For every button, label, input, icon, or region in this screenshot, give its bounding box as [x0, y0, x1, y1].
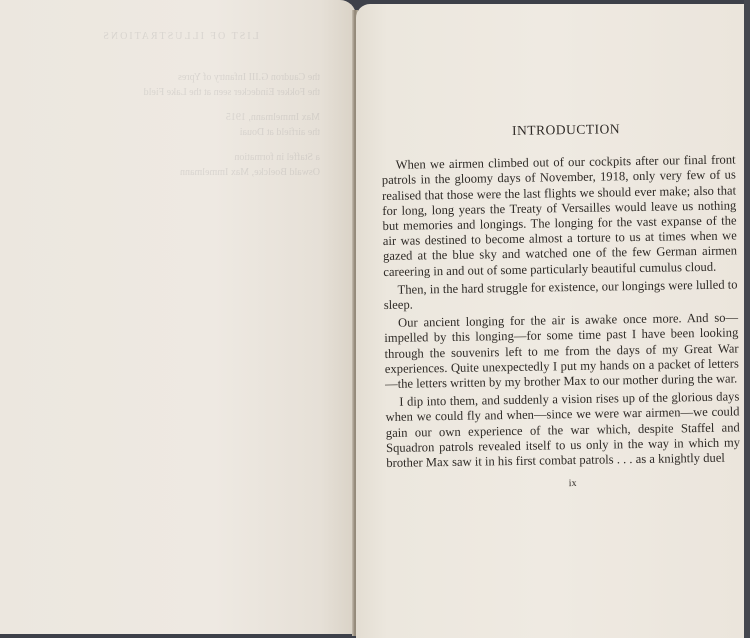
ghost-line: the Fokker Eindecker seen at the Lake Fi… [40, 86, 320, 99]
paragraph: Our ancient longing for the air is awake… [384, 311, 739, 393]
left-page: LIST OF ILLUSTRATIONS the Caudron G.III … [0, 0, 356, 634]
ghost-title: LIST OF ILLUSTRATIONS [40, 30, 320, 43]
ghost-line: a Staffel in formation [40, 151, 320, 164]
ghost-line: Oswald Boelcke, Max Immelmann [40, 166, 320, 179]
ghost-line: the airfield at Douai [40, 126, 320, 139]
introduction-text: INTRODUCTION When we airmen climbed out … [381, 119, 741, 494]
background-edge [744, 0, 750, 638]
paragraph: Then, in the hard struggle for existence… [383, 277, 737, 313]
ghost-line: Max Immelmann, 1915 [40, 111, 320, 124]
ghost-line: the Caudron G.III Infantry of Ypres [40, 71, 320, 84]
book-photo: LIST OF ILLUSTRATIONS the Caudron G.III … [0, 0, 750, 638]
paragraph: I dip into them, and suddenly a vision r… [385, 390, 740, 472]
bleed-through-text: LIST OF ILLUSTRATIONS the Caudron G.III … [40, 30, 320, 181]
paragraph: When we airmen climbed out of our cockpi… [382, 153, 738, 280]
